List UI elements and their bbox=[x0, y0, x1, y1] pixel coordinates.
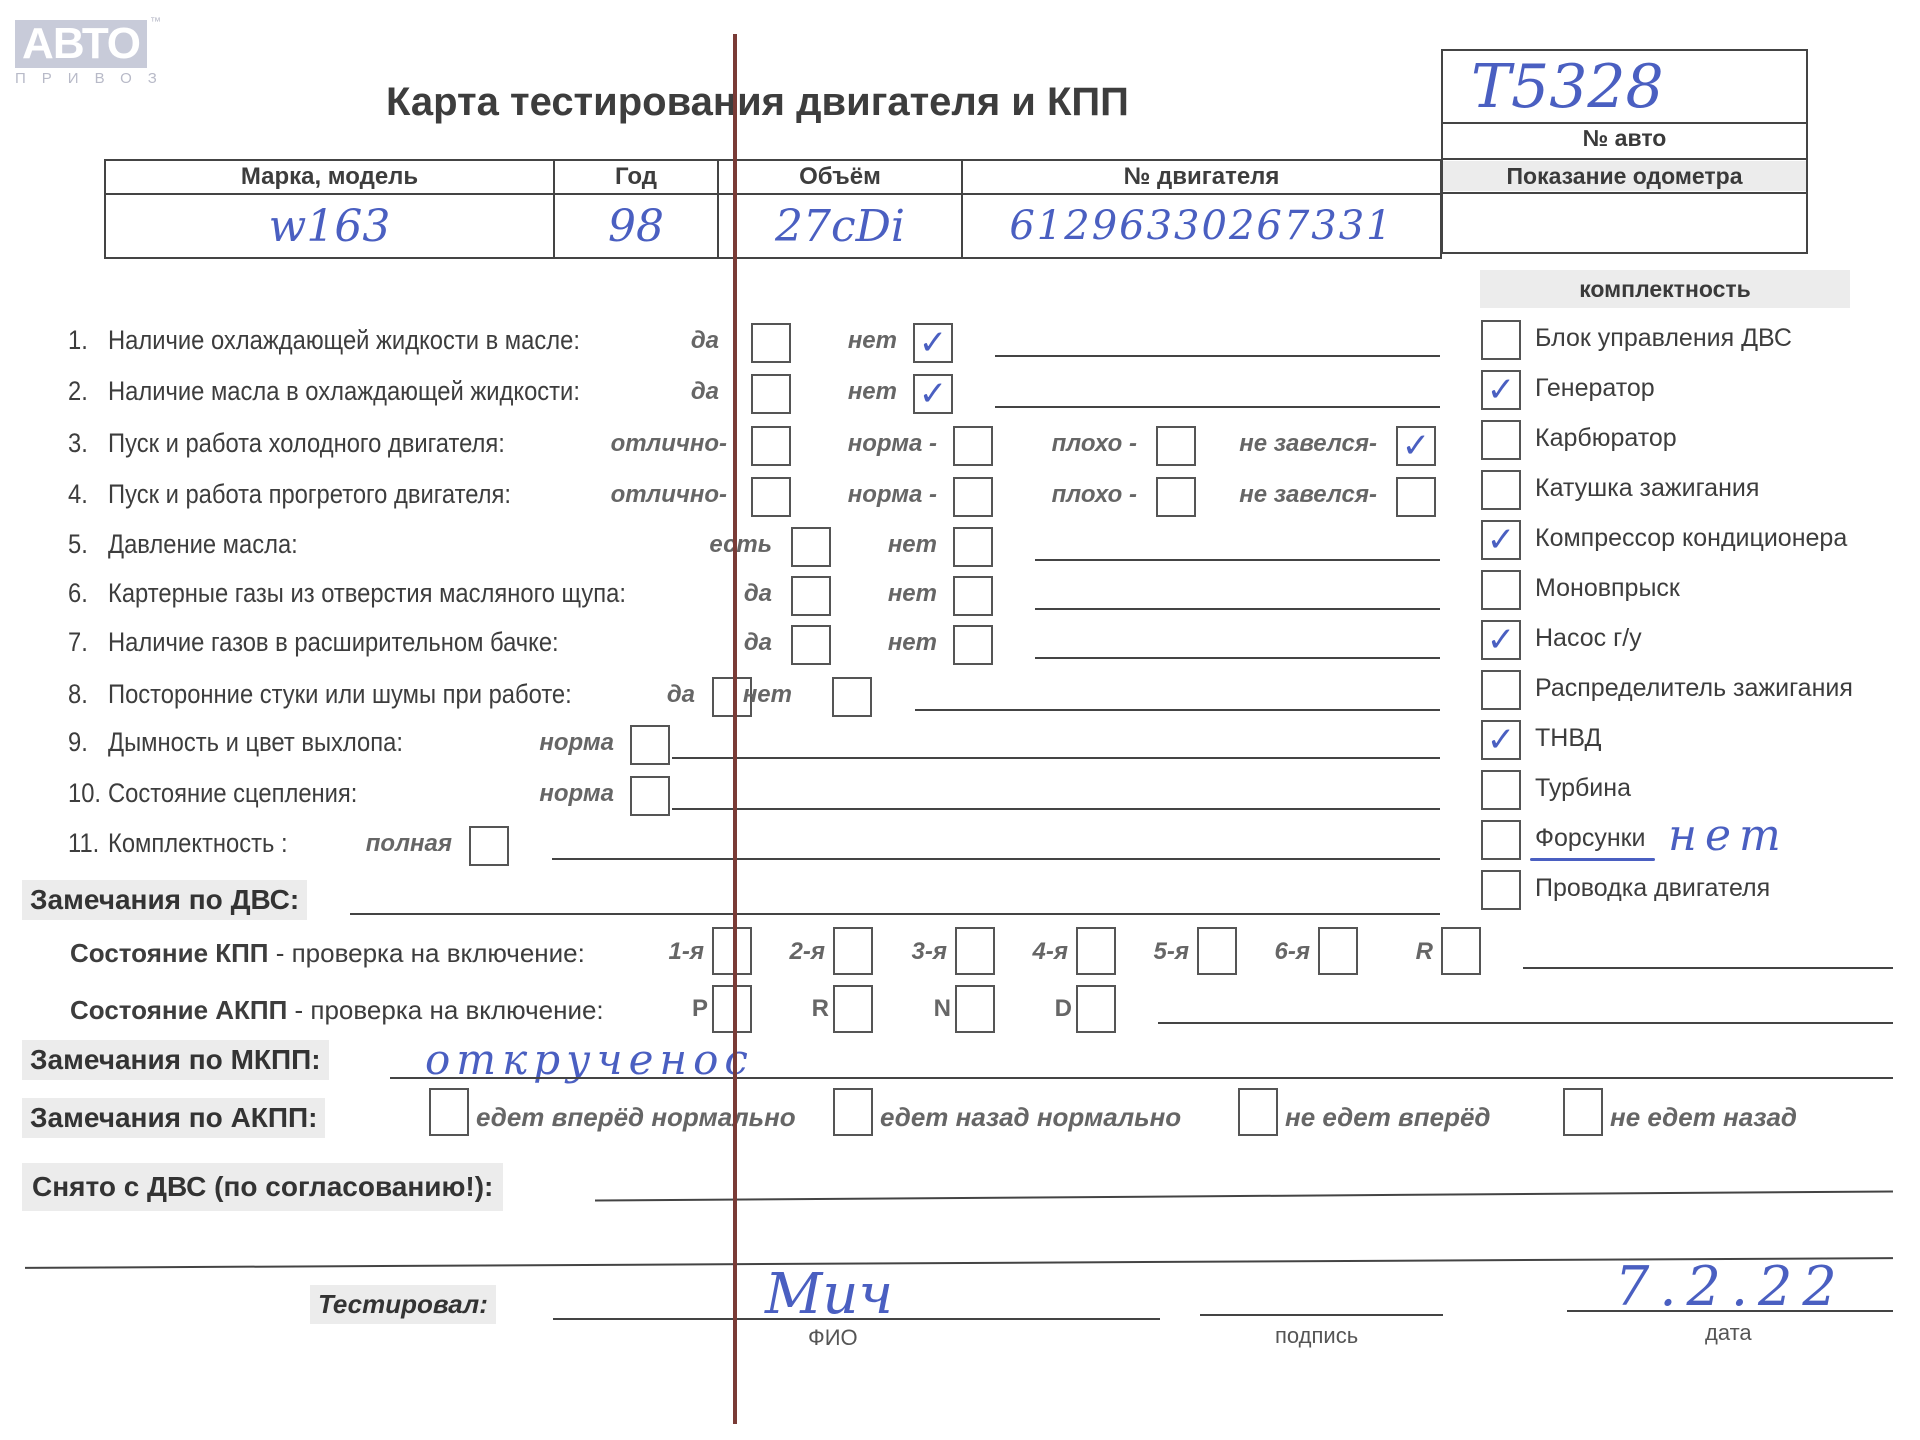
test-number: 5. bbox=[68, 529, 88, 560]
gear-label: R bbox=[1416, 938, 1433, 966]
signature-label: подпись bbox=[1275, 1323, 1358, 1349]
model-field[interactable]: w163 bbox=[105, 194, 554, 258]
akpp-remark-label: едет вперёд нормально bbox=[476, 1102, 796, 1133]
year-field[interactable]: 98 bbox=[554, 194, 718, 258]
akpp-notes-field[interactable] bbox=[1158, 1022, 1893, 1024]
option-checkbox[interactable]: ✓ bbox=[913, 323, 953, 363]
completeness-checkbox[interactable] bbox=[1481, 870, 1521, 910]
akpp-remark-checkbox[interactable] bbox=[429, 1088, 469, 1136]
option-checkbox[interactable] bbox=[630, 776, 670, 816]
option-checkbox[interactable] bbox=[832, 677, 872, 717]
test-number: 8. bbox=[68, 679, 88, 710]
notes-field[interactable] bbox=[1035, 657, 1440, 659]
akpp-remark-label: не едет вперёд bbox=[1285, 1102, 1491, 1133]
engine-number-field[interactable]: 61296330267331 bbox=[962, 194, 1441, 258]
option-checkbox[interactable] bbox=[791, 527, 831, 567]
logo-tm: ™ bbox=[150, 16, 161, 28]
test-label: Пуск и работа прогретого двигателя: bbox=[108, 479, 511, 510]
check-mark-icon: ✓ bbox=[1398, 428, 1434, 464]
option-checkbox[interactable] bbox=[751, 323, 791, 363]
tested-by-label: Тестировал: bbox=[310, 1285, 496, 1324]
option-label: нет bbox=[848, 327, 897, 355]
completeness-checkbox[interactable]: ✓ bbox=[1481, 520, 1521, 560]
column-header-volume: Объём bbox=[718, 160, 962, 194]
option-checkbox[interactable] bbox=[791, 576, 831, 616]
check-mark-icon: ✓ bbox=[915, 376, 951, 412]
test-number: 11. bbox=[68, 828, 99, 859]
completeness-item-label: Карбюратор bbox=[1535, 424, 1677, 453]
fio-value: Мич bbox=[765, 1262, 893, 1327]
notes-field[interactable] bbox=[1035, 559, 1440, 561]
option-label: норма bbox=[539, 729, 614, 757]
test-number: 1. bbox=[68, 325, 88, 356]
option-checkbox[interactable] bbox=[953, 426, 993, 466]
test-number: 2. bbox=[68, 376, 88, 407]
option-checkbox[interactable] bbox=[1156, 426, 1196, 466]
option-label: отлично- bbox=[611, 430, 727, 458]
mode-checkbox[interactable] bbox=[1076, 985, 1116, 1033]
akpp-remarks-label: Замечания по АКПП: bbox=[22, 1098, 325, 1138]
option-label: не завелся- bbox=[1239, 481, 1377, 509]
option-label: плохо - bbox=[1052, 430, 1137, 458]
ice-remarks-field[interactable] bbox=[350, 913, 1440, 915]
completeness-checkbox[interactable]: ✓ bbox=[1481, 620, 1521, 660]
option-checkbox[interactable] bbox=[953, 576, 993, 616]
completeness-item-label: Моновпрыск bbox=[1535, 574, 1680, 603]
test-label: Посторонние стуки или шумы при работе: bbox=[108, 679, 572, 710]
column-header-year: Год bbox=[554, 160, 718, 194]
gear-checkbox[interactable] bbox=[1441, 927, 1481, 975]
test-label: Состояние сцепления: bbox=[108, 778, 357, 809]
gear-checkbox[interactable] bbox=[1197, 927, 1237, 975]
test-label: Наличие охлаждающей жидкости в масле: bbox=[108, 325, 580, 356]
volume-field[interactable]: 27cDi bbox=[718, 194, 962, 258]
date-value: 7.2.22 bbox=[1615, 1255, 1847, 1318]
gear-label: 4-я bbox=[1033, 938, 1068, 966]
page-title: Карта тестирования двигателя и КПП bbox=[386, 80, 1129, 125]
option-checkbox[interactable] bbox=[751, 374, 791, 414]
completeness-checkbox[interactable] bbox=[1481, 470, 1521, 510]
option-label: полная bbox=[366, 830, 452, 858]
completeness-item-label: Проводка двигателя bbox=[1535, 874, 1770, 903]
completeness-checkbox[interactable] bbox=[1481, 570, 1521, 610]
option-label: нет bbox=[743, 681, 792, 709]
completeness-note: нет bbox=[1668, 810, 1789, 861]
odometer-field[interactable] bbox=[1441, 194, 1808, 252]
notes-field[interactable] bbox=[995, 406, 1440, 408]
gear-checkbox[interactable] bbox=[712, 927, 752, 975]
akpp-remark-checkbox[interactable] bbox=[1563, 1088, 1603, 1136]
odometer-label: Показание одометра bbox=[1443, 161, 1806, 191]
logo-subtitle: ПРИВОЗ bbox=[15, 70, 173, 87]
akpp-label: Состояние АКПП - проверка на включение: bbox=[70, 995, 604, 1026]
test-number: 3. bbox=[68, 428, 88, 459]
removed-label: Снято с ДВС (по согласованию!): bbox=[22, 1163, 503, 1211]
divider bbox=[1441, 122, 1808, 124]
gear-label: 3-я bbox=[912, 938, 947, 966]
column-header-model: Марка, модель bbox=[105, 160, 554, 194]
notes-field[interactable] bbox=[995, 355, 1440, 357]
divider bbox=[1441, 158, 1808, 160]
option-label: нет bbox=[848, 378, 897, 406]
completeness-checkbox[interactable]: ✓ bbox=[1481, 370, 1521, 410]
mode-label: P bbox=[692, 995, 708, 1023]
test-label: Наличие газов в расширительном бачке: bbox=[108, 627, 559, 658]
test-label: Пуск и работа холодного двигателя: bbox=[108, 428, 505, 459]
option-label: плохо - bbox=[1052, 481, 1137, 509]
mode-label: N bbox=[934, 995, 951, 1023]
option-label: нет bbox=[888, 580, 937, 608]
kpp-notes-field[interactable] bbox=[1523, 967, 1893, 969]
completeness-item-label: Насос г/у bbox=[1535, 624, 1642, 653]
completeness-header: комплектность bbox=[1480, 270, 1850, 308]
test-label: Комплектность : bbox=[108, 828, 288, 859]
fold-line bbox=[733, 34, 737, 1424]
gear-checkbox[interactable] bbox=[1318, 927, 1358, 975]
completeness-checkbox[interactable] bbox=[1481, 320, 1521, 360]
completeness-item-label: Компрессор кондиционера bbox=[1535, 524, 1847, 553]
completeness-checkbox[interactable] bbox=[1481, 670, 1521, 710]
mode-label: R bbox=[812, 995, 829, 1023]
option-checkbox[interactable] bbox=[1396, 477, 1436, 517]
mkpp-remarks-line bbox=[390, 1077, 1893, 1079]
check-mark-icon: ✓ bbox=[1483, 722, 1519, 758]
check-mark-icon: ✓ bbox=[915, 325, 951, 361]
completeness-item-label: Форсунки bbox=[1535, 824, 1646, 853]
removed-field[interactable] bbox=[595, 1190, 1893, 1201]
gear-label: 5-я bbox=[1154, 938, 1189, 966]
option-checkbox[interactable] bbox=[751, 426, 791, 466]
completeness-item-label: Генератор bbox=[1535, 374, 1655, 403]
notes-field[interactable] bbox=[552, 858, 1440, 860]
option-label: да bbox=[744, 580, 772, 608]
completeness-item-label: Блок управления ДВС bbox=[1535, 324, 1792, 353]
auto-number-value[interactable]: T5328 bbox=[1441, 52, 1808, 122]
option-label: не завелся- bbox=[1239, 430, 1377, 458]
completeness-item-label: Турбина bbox=[1535, 774, 1631, 803]
check-mark-icon: ✓ bbox=[1483, 622, 1519, 658]
gear-label: 2-я bbox=[790, 938, 825, 966]
akpp-remark-checkbox[interactable] bbox=[833, 1088, 873, 1136]
completeness-item-label: Распределитель зажигания bbox=[1535, 674, 1853, 703]
mkpp-remarks-label: Замечания по МКПП: bbox=[22, 1040, 329, 1080]
option-label: есть bbox=[709, 531, 772, 559]
test-number: 9. bbox=[68, 727, 88, 758]
kpp-label: Состояние КПП - проверка на включение: bbox=[70, 938, 585, 969]
auto-number-label: № авто bbox=[1441, 125, 1808, 152]
option-checkbox[interactable] bbox=[953, 527, 993, 567]
mode-label: D bbox=[1055, 995, 1072, 1023]
completeness-checkbox[interactable] bbox=[1481, 420, 1521, 460]
vehicle-info-table: Марка, модель Год Объём № двигателя w163… bbox=[104, 159, 1442, 259]
underline-mark bbox=[1530, 858, 1655, 861]
logo: АВТО bbox=[15, 20, 147, 68]
gear-checkbox[interactable] bbox=[833, 927, 873, 975]
option-label: да bbox=[691, 327, 719, 355]
option-checkbox[interactable] bbox=[630, 725, 670, 765]
option-label: да bbox=[691, 378, 719, 406]
completeness-checkbox[interactable]: ✓ bbox=[1481, 720, 1521, 760]
test-number: 4. bbox=[68, 479, 88, 510]
gear-checkbox[interactable] bbox=[955, 927, 995, 975]
gear-checkbox[interactable] bbox=[1076, 927, 1116, 975]
test-label: Дымность и цвет выхлопа: bbox=[108, 727, 403, 758]
option-label: норма - bbox=[848, 481, 937, 509]
gear-label: 6-я bbox=[1275, 938, 1310, 966]
test-label: Картерные газы из отверстия масляного щу… bbox=[108, 578, 626, 609]
option-label: да bbox=[744, 629, 772, 657]
option-checkbox[interactable]: ✓ bbox=[913, 374, 953, 414]
test-number: 7. bbox=[68, 627, 88, 658]
signature-field[interactable] bbox=[1200, 1314, 1443, 1316]
check-mark-icon: ✓ bbox=[1483, 522, 1519, 558]
akpp-remark-label: не едет назад bbox=[1610, 1102, 1797, 1133]
test-number: 6. bbox=[68, 578, 88, 609]
option-checkbox[interactable]: ✓ bbox=[1396, 426, 1436, 466]
completeness-checkbox[interactable] bbox=[1481, 770, 1521, 810]
fio-label: ФИО bbox=[808, 1325, 858, 1351]
gear-label: 1-я bbox=[669, 938, 704, 966]
option-label: да bbox=[667, 681, 695, 709]
mode-checkbox[interactable] bbox=[833, 985, 873, 1033]
completeness-checkbox[interactable] bbox=[1481, 820, 1521, 860]
completeness-item-label: ТНВД bbox=[1535, 724, 1601, 753]
option-label: отлично- bbox=[611, 481, 727, 509]
mode-checkbox[interactable] bbox=[955, 985, 995, 1033]
test-label: Давление масла: bbox=[108, 529, 298, 560]
option-label: нет bbox=[888, 531, 937, 559]
option-checkbox[interactable] bbox=[751, 477, 791, 517]
option-checkbox[interactable] bbox=[469, 826, 509, 866]
notes-field[interactable] bbox=[1035, 608, 1440, 610]
ice-remarks-label: Замечания по ДВС: bbox=[22, 880, 307, 920]
notes-field[interactable] bbox=[915, 709, 1440, 711]
option-checkbox[interactable] bbox=[953, 625, 993, 665]
notes-field[interactable] bbox=[672, 808, 1440, 810]
akpp-remark-checkbox[interactable] bbox=[1238, 1088, 1278, 1136]
check-mark-icon: ✓ bbox=[1483, 372, 1519, 408]
option-label: норма bbox=[539, 780, 614, 808]
mode-checkbox[interactable] bbox=[712, 985, 752, 1033]
option-label: норма - bbox=[848, 430, 937, 458]
removed-field-2[interactable] bbox=[25, 1257, 1893, 1269]
option-checkbox[interactable] bbox=[1156, 477, 1196, 517]
option-checkbox[interactable] bbox=[953, 477, 993, 517]
date-label: дата bbox=[1705, 1320, 1752, 1346]
notes-field[interactable] bbox=[672, 757, 1440, 759]
option-label: нет bbox=[888, 629, 937, 657]
column-header-engine-number: № двигателя bbox=[962, 160, 1441, 194]
test-number: 10. bbox=[68, 778, 101, 809]
test-label: Наличие масла в охлаждающей жидкости: bbox=[108, 376, 580, 407]
completeness-item-label: Катушка зажигания bbox=[1535, 474, 1759, 503]
option-checkbox[interactable] bbox=[791, 625, 831, 665]
akpp-remark-label: едет назад нормально bbox=[880, 1102, 1181, 1133]
